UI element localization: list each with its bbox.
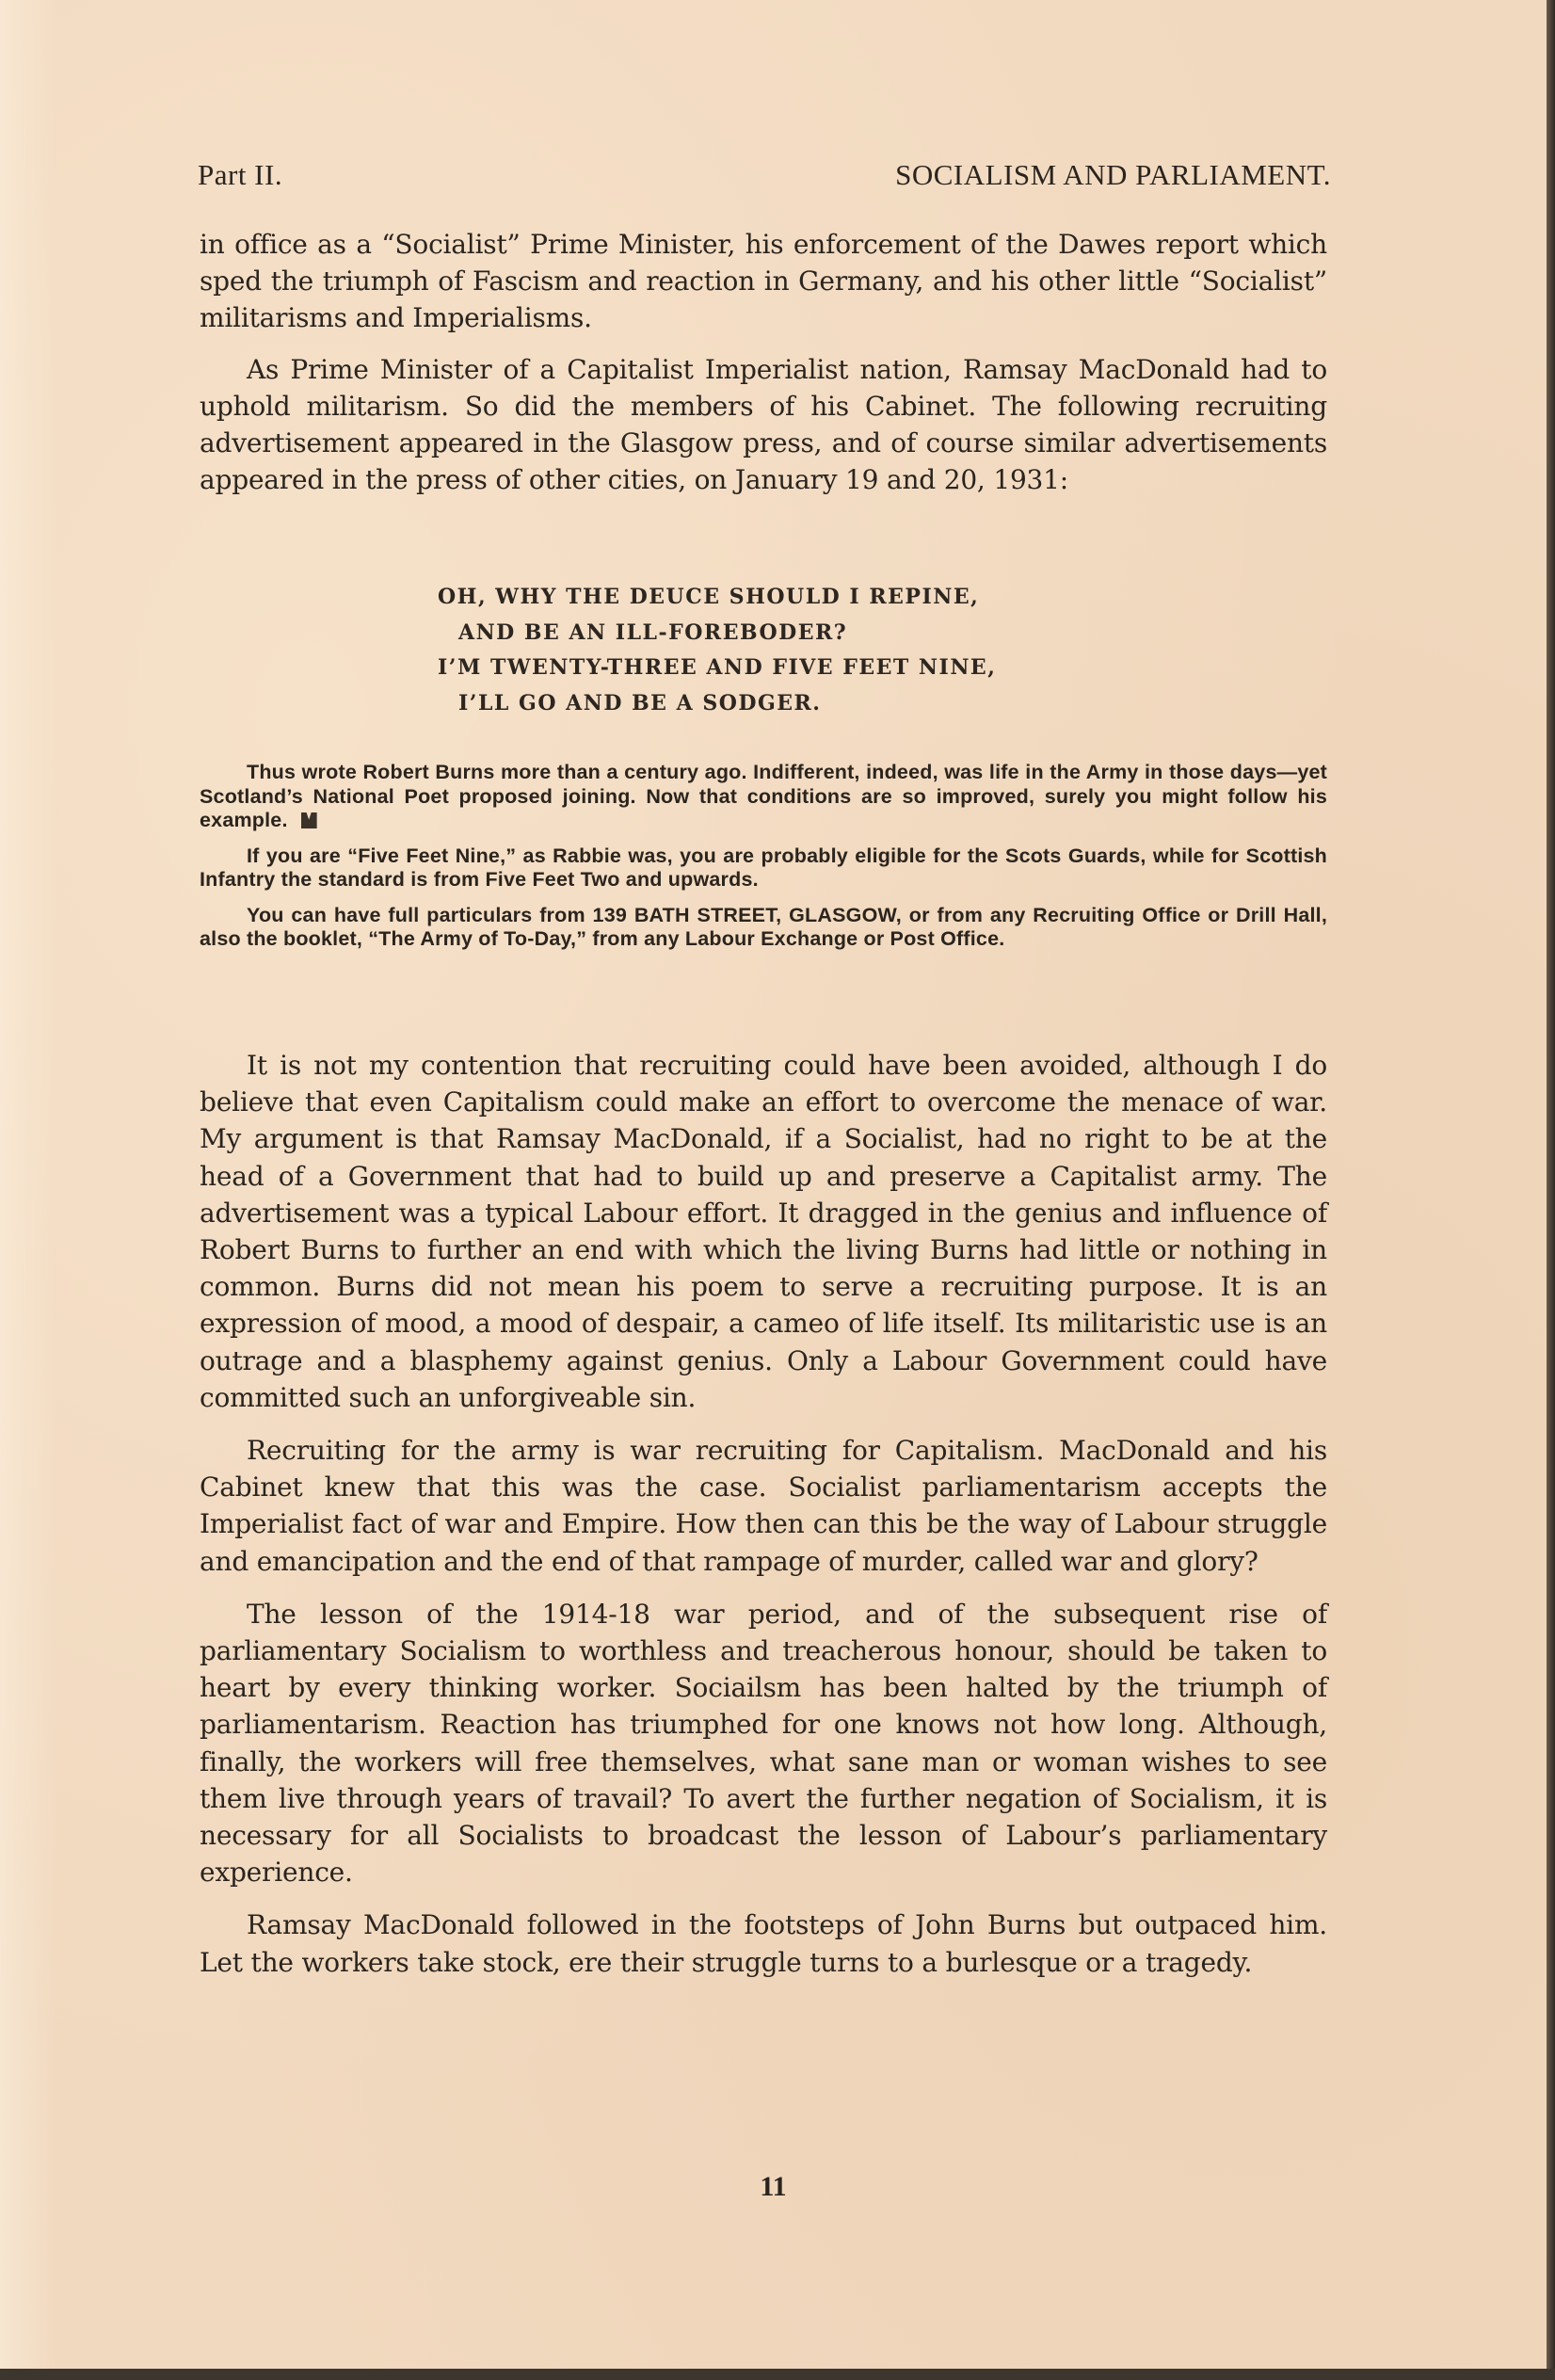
running-header: Part II. SOCIALISM AND PARLIAMENT. [198,158,1327,196]
book-page: Part II. SOCIALISM AND PARLIAMENT. in of… [0,0,1547,2369]
page-bottom-shadow [0,2369,1555,2380]
page-edge-shadow [1547,0,1555,2380]
paragraph: Ramsay MacDonald followed in the footste… [200,1906,1327,1980]
body-text-bottom: It is not my contention that recruiting … [200,1047,1327,1981]
ad-paragraph-text: Thus wrote Robert Burns more than a cent… [200,761,1327,831]
poem-line: AND BE AN ILL-FOREBODER? [438,616,996,651]
paragraph-continued: in office as a “Socialist” Prime Ministe… [200,226,1327,337]
poem-line: I’LL GO AND BE A SODGER. [438,686,996,722]
burns-poem-quote: OH, WHY THE DEUCE SHOULD I REPINE, AND B… [438,580,996,721]
poem-line: I’M TWENTY-THREE AND FIVE FEET NINE, [438,651,996,686]
paragraph: The lesson of the 1914-18 war period, an… [200,1596,1327,1891]
poem-line: OH, WHY THE DEUCE SHOULD I REPINE, [438,580,996,616]
chapter-title: SOCIALISM AND PARLIAMENT. [895,158,1331,192]
paragraph: Recruiting for the army is war recruitin… [200,1432,1327,1580]
paragraph: As Prime Minister of a Capitalist Imperi… [200,351,1327,499]
part-label: Part II. [198,158,282,192]
page-number: 11 [0,2171,1547,2203]
recruiting-advertisement: Thus wrote Robert Burns more than a cent… [200,761,1327,963]
body-text-top: in office as a “Socialist” Prime Ministe… [200,226,1327,498]
paragraph: It is not my contention that recruiting … [200,1047,1327,1416]
stamp-icon [301,812,317,828]
ad-paragraph: Thus wrote Robert Burns more than a cent… [200,761,1327,833]
ad-paragraph: If you are “Five Feet Nine,” as Rabbie w… [200,844,1327,892]
ad-paragraph: You can have full particulars from 139 B… [200,904,1327,952]
